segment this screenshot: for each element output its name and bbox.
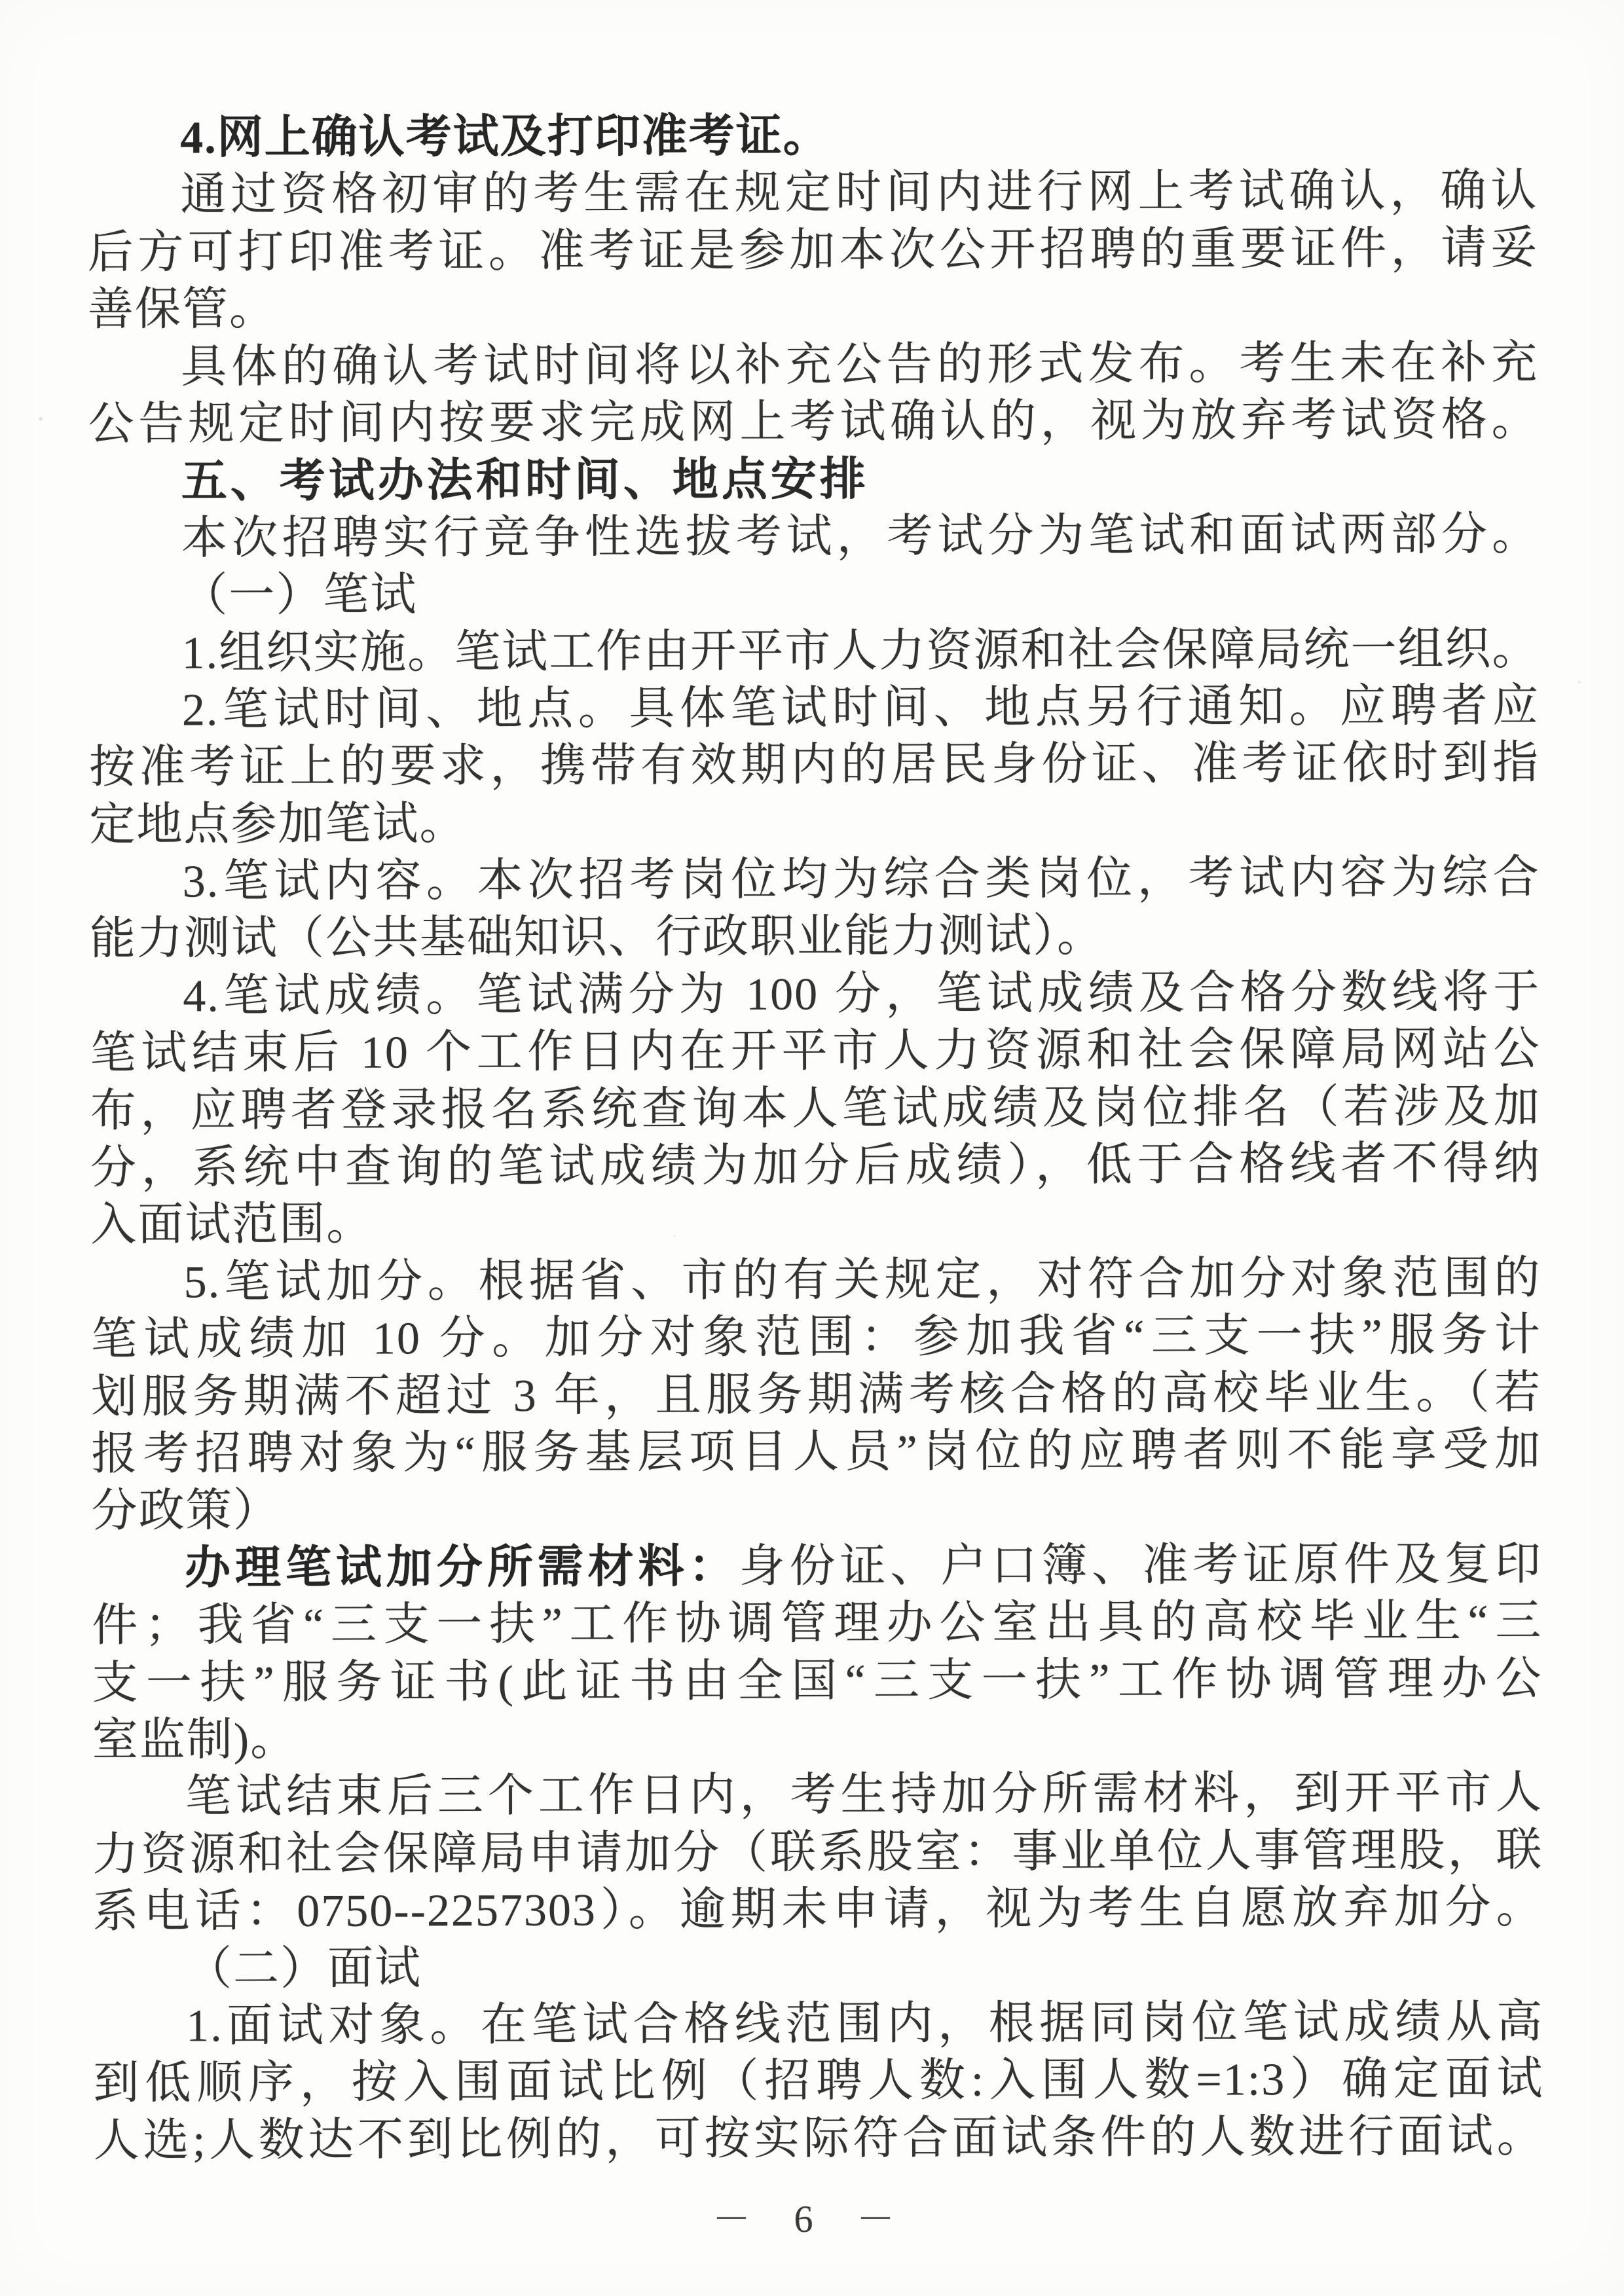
text-line: 1.组织实施。笔试工作由开平市人力资源和社会保障局统一组织。 (88, 621, 1539, 682)
text-line: 入面试范围。 (90, 1192, 1541, 1254)
text-line: 善保管。 (88, 277, 1538, 338)
text-line: （二）面试 (93, 1937, 1543, 1998)
text-line: 到低顺序，按入围面试比例（招聘人数:入围人数=1:3）确定面试 (93, 2050, 1543, 2112)
text-line: 通过资格初审的考生需在规定时间内进行网上考试确认，确认 (87, 162, 1538, 224)
text-line: 公告规定时间内按要求完成网上考试确认的，视为放弃考试资格。 (88, 392, 1538, 453)
text-line: 具体的确认考试时间将以补充公告的形式发布。考生未在补充 (88, 335, 1538, 396)
text-line: 2.笔试时间、地点。具体笔试时间、地点另行通知。应聘者应 (89, 678, 1540, 739)
text-line: 报考招聘对象为“服务基层项目人员”岗位的应聘者则不能享受加 (91, 1421, 1541, 1483)
text-line: 办理笔试加分所需材料：身份证、户口簿、准考证原件及复印 (92, 1536, 1542, 1597)
text-line: 支一扶”服务证书(此证书由全国“三支一扶”工作协调管理办公 (92, 1650, 1542, 1712)
text-line: 系电话：0750--2257303）。逾期未申请，视为考生自愿放弃加分。 (93, 1879, 1543, 1941)
text-run: 身份证、户口簿、准考证原件及复印 (739, 1539, 1542, 1592)
text-line: 定地点参加笔试。 (89, 792, 1540, 854)
bold-text-run: 办理笔试加分所需材料： (185, 1542, 739, 1594)
scanned-document-page: 4.网上确认考试及打印准考证。通过资格初审的考生需在规定时间内进行网上考试确认，… (0, 0, 1624, 2296)
text-line: 3.笔试内容。本次招考岗位均为综合类岗位，考试内容为综合 (90, 849, 1540, 911)
text-line: 1.面试对象。在笔试合格线范围内，根据同岗位笔试成绩从高 (93, 1994, 1543, 2055)
text-line: 分，系统中查询的笔试成绩为加分后成绩），低于合格线者不得纳 (90, 1135, 1541, 1197)
text-line: 4.网上确认考试及打印准考证。 (87, 105, 1538, 167)
text-line: 本次招聘实行竞争性选拔考试，考试分为笔试和面试两部分。 (88, 506, 1539, 568)
text-line: 分政策） (92, 1478, 1542, 1540)
text-line: 能力测试（公共基础知识、行政职业能力测试）。 (90, 907, 1540, 968)
text-line: 人选;人数达不到比例的，可按实际符合面试条件的人数进行面试。 (94, 2108, 1544, 2170)
text-line: 5.笔试加分。根据省、市的有关规定，对符合加分对象范围的 (90, 1250, 1541, 1311)
text-line: （一）笔试 (88, 563, 1539, 625)
text-line: 笔试结束后 10 个工作日内在开平市人力资源和社会保障局网站公 (90, 1021, 1540, 1082)
text-line: 五、考试办法和时间、地点安排 (88, 448, 1539, 510)
text-line: 笔试成绩加 10 分。加分对象范围：参加我省“三支一扶”服务计 (91, 1307, 1541, 1368)
text-line: 划服务期满不超过 3 年，且服务期满考核合格的高校毕业生。（若 (91, 1364, 1541, 1426)
text-line: 后方可打印准考证。准考证是参加本次公开招聘的重要证件，请妥 (88, 220, 1538, 282)
text-line: 4.笔试成绩。笔试满分为 100 分，笔试成绩及合格分数线将于 (90, 964, 1540, 1025)
text-line: 按准考证上的要求，携带有效期内的居民身份证、准考证依时到指 (89, 735, 1540, 796)
text-line: 室监制)。 (92, 1707, 1543, 1769)
text-line: 笔试结束后三个工作日内，考生持加分所需材料，到开平市人 (92, 1764, 1543, 1826)
text-line: 布，应聘者登录报名系统查询本人笔试成绩及岗位排名（若涉及加 (90, 1078, 1541, 1140)
page-number: － 6 － (0, 2188, 1624, 2243)
document-body-text: 4.网上确认考试及打印准考证。通过资格初审的考生需在规定时间内进行网上考试确认，… (87, 105, 1544, 2170)
text-line: 力资源和社会保障局申请加分（联系股室：事业单位人事管理股，联 (92, 1822, 1543, 1884)
text-line: 件；我省“三支一扶”工作协调管理办公室出具的高校毕业生“三 (92, 1593, 1542, 1654)
